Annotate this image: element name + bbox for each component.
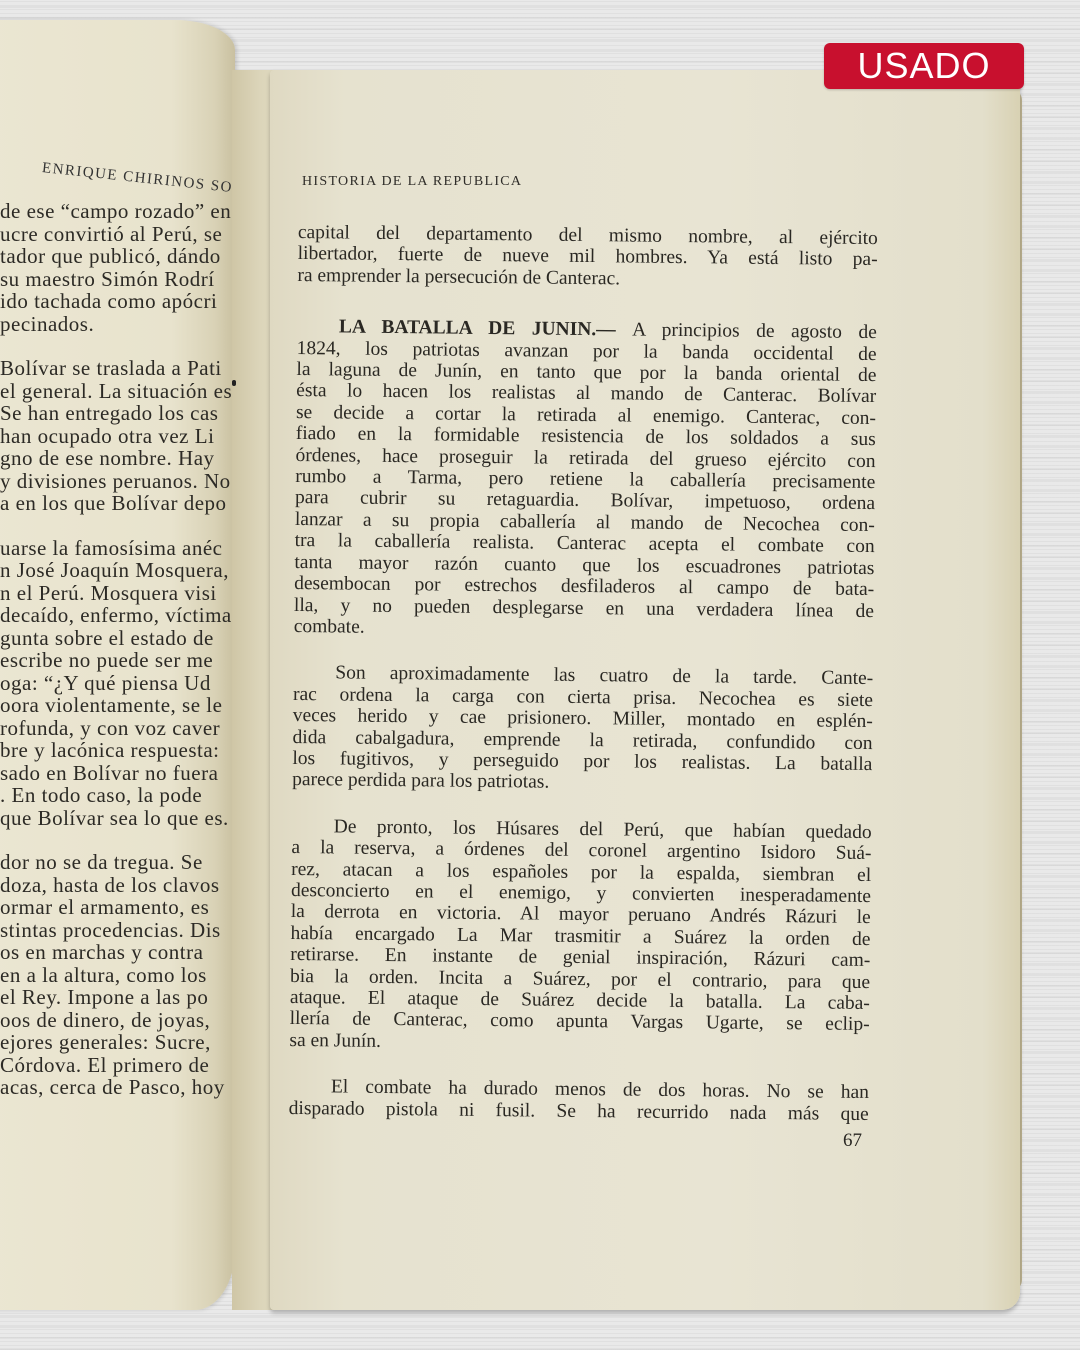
text-line: dor no se da tregua. Se [0,851,230,874]
page-number: 67 [843,1130,862,1152]
text-line: su maestro Simón Rodrí [0,268,230,291]
text-line: oga: “¿Y qué piensa Ud [0,672,230,695]
text-line: n José Joaquín Mosquera, [0,559,230,582]
text-line: doza, hasta de los clavos [0,874,230,897]
text-line: gunta sobre el estado de [0,627,230,650]
page-body-text: capital del departamento del mismo nombr… [289,222,878,1125]
line-text: ra emprender la persecución de Canterac. [297,265,620,289]
line-text: A principios de agosto de [632,320,877,344]
text-line: en a la altura, como los [0,964,230,987]
line-text: parece perdida para los patriotas. [292,769,549,793]
text-line: escribe no puede ser me [0,649,230,672]
left-paragraph: de ese “campo rozado” enucre convirtió a… [0,200,230,335]
text-line: gno de ese nombre. Hay [0,447,230,470]
text-line: oora violentamente, se le [0,694,230,717]
text-line: tador que publicó, dándo [0,245,230,268]
text-line: bre y lacónica respuesta: [0,739,230,762]
left-running-head: ENRIQUE CHIRINOS SOTO [41,160,235,199]
text-line: Se han entregado los cas [0,402,230,425]
text-line: han ocupado otra vez Li [0,425,230,448]
gutter-mark [232,380,236,386]
left-paragraph: uarse la famosísima anécn José Joaquín M… [0,537,230,830]
text-line: ormar el armamento, es [0,896,230,919]
left-page-text: de ese “campo rozado” enucre convirtió a… [0,200,230,1121]
section-heading: LA BATALLA DE JUNIN.— [339,317,633,341]
left-paragraph: dor no se da tregua. Sedoza, hasta de lo… [0,851,230,1099]
left-paragraph: Bolívar se traslada a Patiel general. La… [0,357,230,515]
text-line: pecinados. [0,313,230,336]
text-line: de ese “campo rozado” en [0,200,230,223]
text-line: uarse la famosísima anéc [0,537,230,560]
text-line: oos de dinero, de joyas, [0,1009,230,1032]
text-line: acas, cerca de Pasco, hoy [0,1076,230,1099]
paragraph: Son aproximadamente las cuatro de la tar… [292,662,873,797]
text-line: el general. La situación es [0,380,230,403]
text-line: decaído, enfermo, víctima [0,604,230,627]
text-line: ejores generales: Sucre, [0,1031,230,1054]
line-text: sa en Junín. [289,1030,381,1052]
paragraph: capital del departamento del mismo nombr… [297,222,878,292]
text-line: el Rey. Impone a las po [0,986,230,1009]
text-line: que Bolívar sea lo que es. [0,807,230,830]
line-text: combate. [294,616,365,638]
left-page: ENRIQUE CHIRINOS SOTO de ese “campo roza… [0,20,235,1310]
text-line: Bolívar se traslada a Pati [0,357,230,380]
used-condition-badge: USADO [824,43,1024,89]
text-line: a en los que Bolívar depo [0,492,230,515]
badge-label: USADO [857,45,990,87]
text-line: sado en Bolívar no fuera [0,762,230,785]
text-line: ido tachada como apócri [0,290,230,313]
paragraph: De pronto, los Húsares del Perú, que hab… [289,816,871,1058]
text-line: Córdova. El primero de [0,1054,230,1077]
section-paragraph: LA BATALLA DE JUNIN.— A principios de ag… [294,316,877,643]
text-line: . En todo caso, la pode [0,784,230,807]
text-line: os en marchas y contra [0,941,230,964]
paragraph: El combate ha durado menos de dos horas.… [289,1076,869,1125]
text-line: stintas procedencias. Dis [0,919,230,942]
text-line: ucre convirtió al Perú, se [0,223,230,246]
text-line: n el Perú. Mosquera visi [0,582,230,605]
running-head: HISTORIA DE LA REPUBLICA [302,174,522,190]
text-line: y divisiones peruanos. No [0,470,230,493]
text-line: rofunda, y con voz caver [0,717,230,740]
